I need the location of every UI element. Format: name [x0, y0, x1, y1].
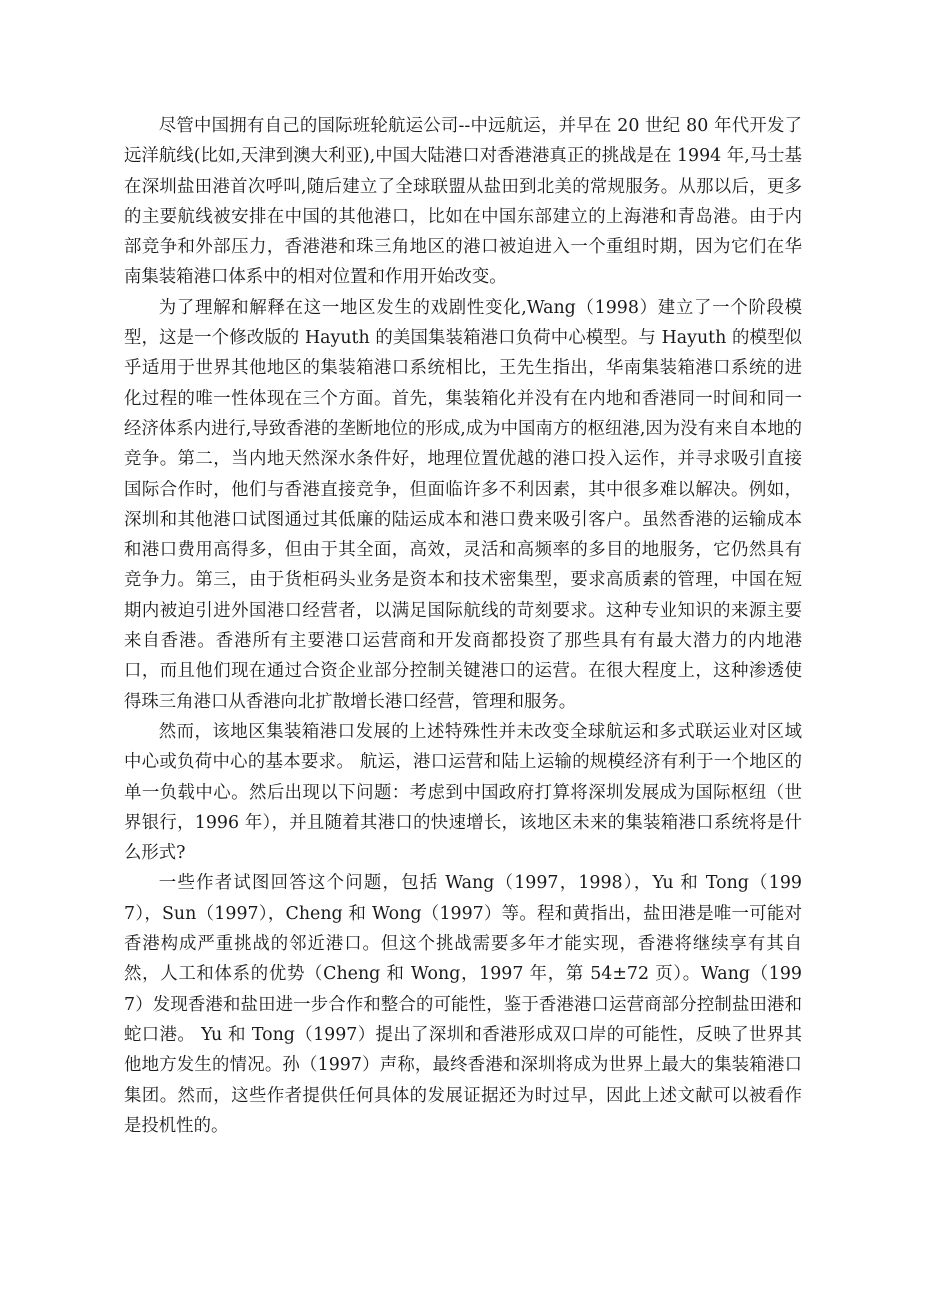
paragraph-2: 为了理解和解释在这一地区发生的戏剧性变化,Wang（1998）建立了一个阶段模型… — [124, 293, 802, 717]
document-body: 尽管中国拥有自己的国际班轮航运公司--中远航运，并早在 20 世纪 80 年代开… — [124, 111, 802, 1141]
paragraph-1: 尽管中国拥有自己的国际班轮航运公司--中远航运，并早在 20 世纪 80 年代开… — [124, 111, 802, 293]
paragraph-4: 一些作者试图回答这个问题，包括 Wang（1997，1998），Yu 和 Ton… — [124, 868, 802, 1141]
paragraph-3: 然而，该地区集装箱港口发展的上述特殊性并未改变全球航运和多式联运业对区域中心或负… — [124, 717, 802, 868]
